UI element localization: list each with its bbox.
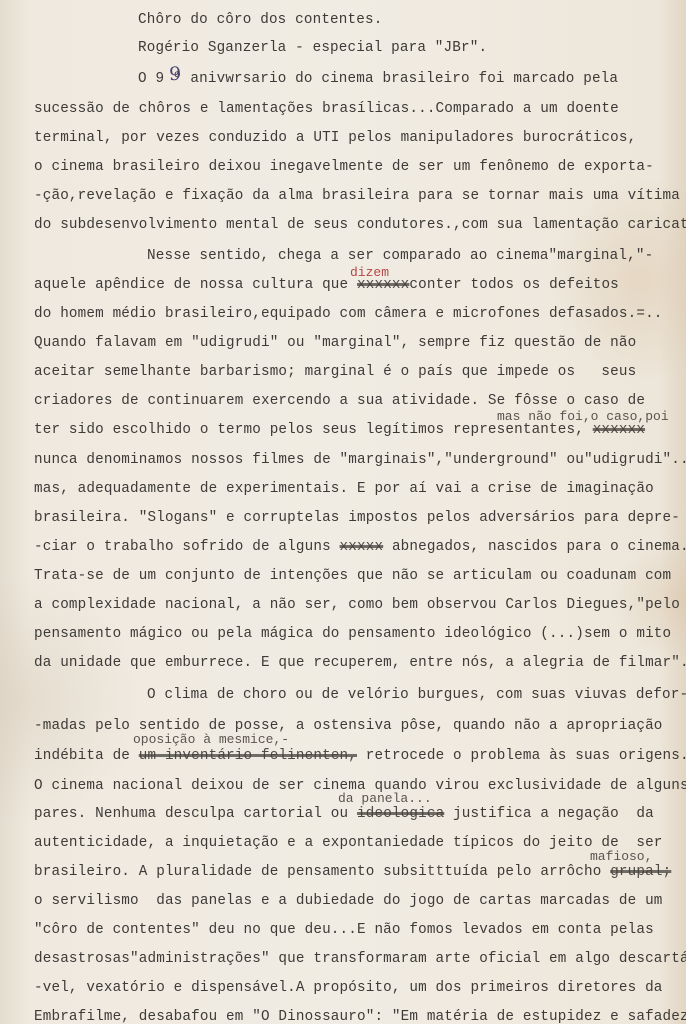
text-line: da unidade que emburrece. E que recupere… <box>34 655 686 671</box>
text-line: Embrafilme, desabafou em "O Dinossauro":… <box>34 1009 686 1024</box>
text-line: -vel, vexatório e dispensável.A propósit… <box>34 980 663 996</box>
handwritten-correction: 9 <box>169 64 181 84</box>
text-line: -ciar o trabalho sofrido de alguns xxxxx… <box>34 539 686 555</box>
text-line: brasileira. "Slogans" e corruptelas impo… <box>34 510 680 526</box>
text-line: o cinema brasileiro deixou inegavelmente… <box>34 159 654 175</box>
text-line: a complexidade nacional, a não ser, como… <box>34 597 680 613</box>
interlinear-correction: oposição à mesmice,- <box>133 733 289 747</box>
text-line: indébita de um inventário felinenten, re… <box>34 748 686 764</box>
text-line: brasileiro. A pluralidade de pensamento … <box>34 864 671 880</box>
text-line: -ção,revelação e fixação da alma brasile… <box>34 188 680 204</box>
text-line: nunca denominamos nossos filmes de "marg… <box>34 452 686 468</box>
text-line: Nesse sentido, chega a ser comparado ao … <box>147 248 653 264</box>
text-line: desastrosas"administrações" que transfor… <box>34 951 686 967</box>
document-byline: Rogério Sganzerla - especial para "JBr". <box>138 40 487 56</box>
interlinear-correction: da panela... <box>338 792 432 806</box>
text-line: do subdesenvolvimento mental de seus con… <box>34 217 686 233</box>
text-line: aceitar semelhante barbarismo; marginal … <box>34 364 636 380</box>
text-line: terminal, por vezes conduzido a UTI pelo… <box>34 130 636 146</box>
text-line: criadores de continuarem exercendo a sua… <box>34 393 645 409</box>
interlinear-correction: mafioso, <box>590 850 652 864</box>
text-line: ter sido escolhido o termo pelos seus le… <box>34 422 645 438</box>
text-line: -madas pelo sentido de posse, a ostensiv… <box>34 718 663 734</box>
text-line: aquele apêndice de nossa cultura que xxx… <box>34 277 619 293</box>
text-line: sucessão de chôros e lamentações brasíli… <box>34 101 619 117</box>
text-line: Quando falavam em "udigrudi" ou "margina… <box>34 335 636 351</box>
text-line: o servilismo das panelas e a dubiedade d… <box>34 893 663 909</box>
text-line: O 95º anivwrsario do cinema brasileiro f… <box>138 71 618 87</box>
text-line: "côro de contentes" deu no que deu...E n… <box>34 922 654 938</box>
text-line: autenticidade, a inquietação e a exponta… <box>34 835 663 851</box>
text-line: pensamento mágico ou pela mágica do pens… <box>34 626 671 642</box>
text-line: pares. Nenhuma desculpa cartorial ou ide… <box>34 806 654 822</box>
text-line: Trata-se de um conjunto de intenções que… <box>34 568 671 584</box>
document-title: Chôro do côro dos contentes. <box>138 12 382 28</box>
text-line: O clima de choro ou de velório burgues, … <box>147 687 686 703</box>
text-line: do homem médio brasileiro,equipado com c… <box>34 306 663 322</box>
text-line: mas, adequadamente de experimentais. E p… <box>34 481 654 497</box>
